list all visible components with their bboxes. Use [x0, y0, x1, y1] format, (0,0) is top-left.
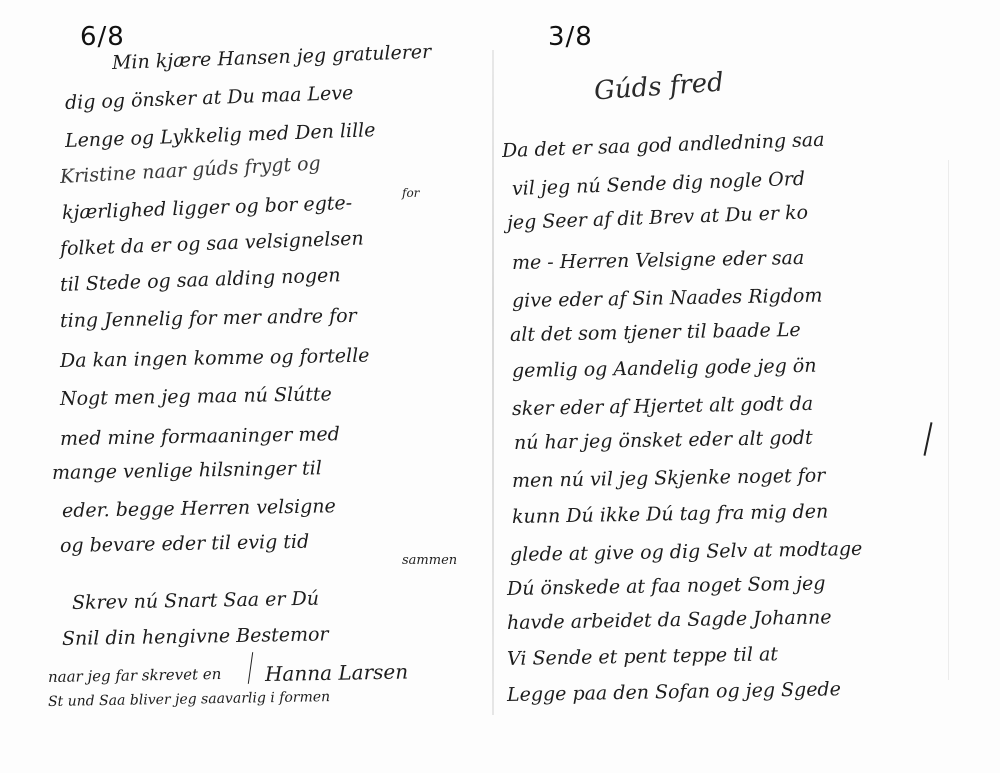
- text-line: Da kan ingen komme og fortelle: [60, 345, 370, 372]
- text-line: kjærlighed ligger og bor egte-: [62, 192, 353, 224]
- text-line: me - Herren Velsigne eder saa: [512, 247, 805, 274]
- page-label-right: 3/8: [548, 22, 593, 52]
- page-edge: [948, 160, 949, 680]
- text-line: nú har jeg önsket eder alt godt: [514, 427, 813, 454]
- document-scan: 6/8 3/8 Min kjære Hansen jeg gratulerer …: [0, 0, 1000, 773]
- text-line: Kristine naar gúds frygt og: [59, 152, 321, 188]
- text-line: Min kjære Hansen jeg gratulerer: [112, 41, 432, 74]
- page-fold-divider: [492, 50, 494, 715]
- text-line: Snil din hengivne Bestemor: [62, 623, 329, 650]
- text-line: jeg Seer af dit Brev at Du er ko: [507, 201, 809, 233]
- text-line: Lenge og Lykkelig med Den lille: [65, 119, 376, 152]
- text-line: Da det er saa god andledning saa: [502, 129, 825, 162]
- text-line: Dú önskede at faa noget Som jeg: [507, 572, 826, 600]
- insert-note: sammen: [402, 553, 457, 568]
- page-label-left: 6/8: [80, 22, 125, 52]
- letter-greeting: Gúds fred: [593, 68, 725, 107]
- text-line: alt det som tjener til baade Le: [510, 319, 801, 346]
- text-line: mange venlige hilsninger til: [52, 457, 322, 484]
- text-line: kunn Dú ikke Dú tag fra mig den: [512, 500, 829, 528]
- text-line: eder. begge Herren velsigne: [62, 495, 336, 522]
- text-line: med mine formaaninger med: [60, 423, 340, 450]
- signature-separator: [248, 652, 253, 684]
- text-line: ting Jennelig for mer andre for: [60, 305, 357, 332]
- text-line: sker eder af Hjertet alt godt da: [512, 393, 813, 420]
- margin-stroke: [923, 422, 932, 456]
- signature: Hanna Larsen: [265, 660, 409, 686]
- text-line: St und Saa bliver jeg saavarlig i formen: [48, 689, 330, 710]
- text-line: Vi Sende et pent teppe til at: [507, 643, 778, 670]
- text-line: vil jeg nú Sende dig nogle Ord: [512, 168, 806, 200]
- text-line: folket da er og saa velsignelsen: [60, 227, 364, 260]
- text-line: gemlig og Aandelig gode jeg ön: [512, 355, 817, 382]
- text-line: give eder af Sin Naades Rigdom: [512, 285, 823, 312]
- text-line: Legge paa den Sofan og jeg Sgede: [507, 678, 841, 706]
- text-line: Skrev nú Snart Saa er Dú: [72, 588, 319, 614]
- text-line: og bevare eder til evig tid: [60, 531, 310, 557]
- text-line: dig og önsker at Du maa Leve: [65, 82, 354, 114]
- text-line: glede at give og dig Selv at modtage: [510, 538, 863, 566]
- text-line: men nú vil jeg Skjenke noget for: [512, 465, 826, 492]
- insert-note: for: [402, 186, 419, 200]
- text-line: havde arbeidet da Sagde Johanne: [507, 606, 832, 634]
- text-line: naar jeg far skrevet en: [48, 665, 222, 686]
- text-line: til Stede og saa alding nogen: [60, 264, 341, 296]
- text-line: Nogt men jeg maa nú Slútte: [60, 383, 332, 410]
